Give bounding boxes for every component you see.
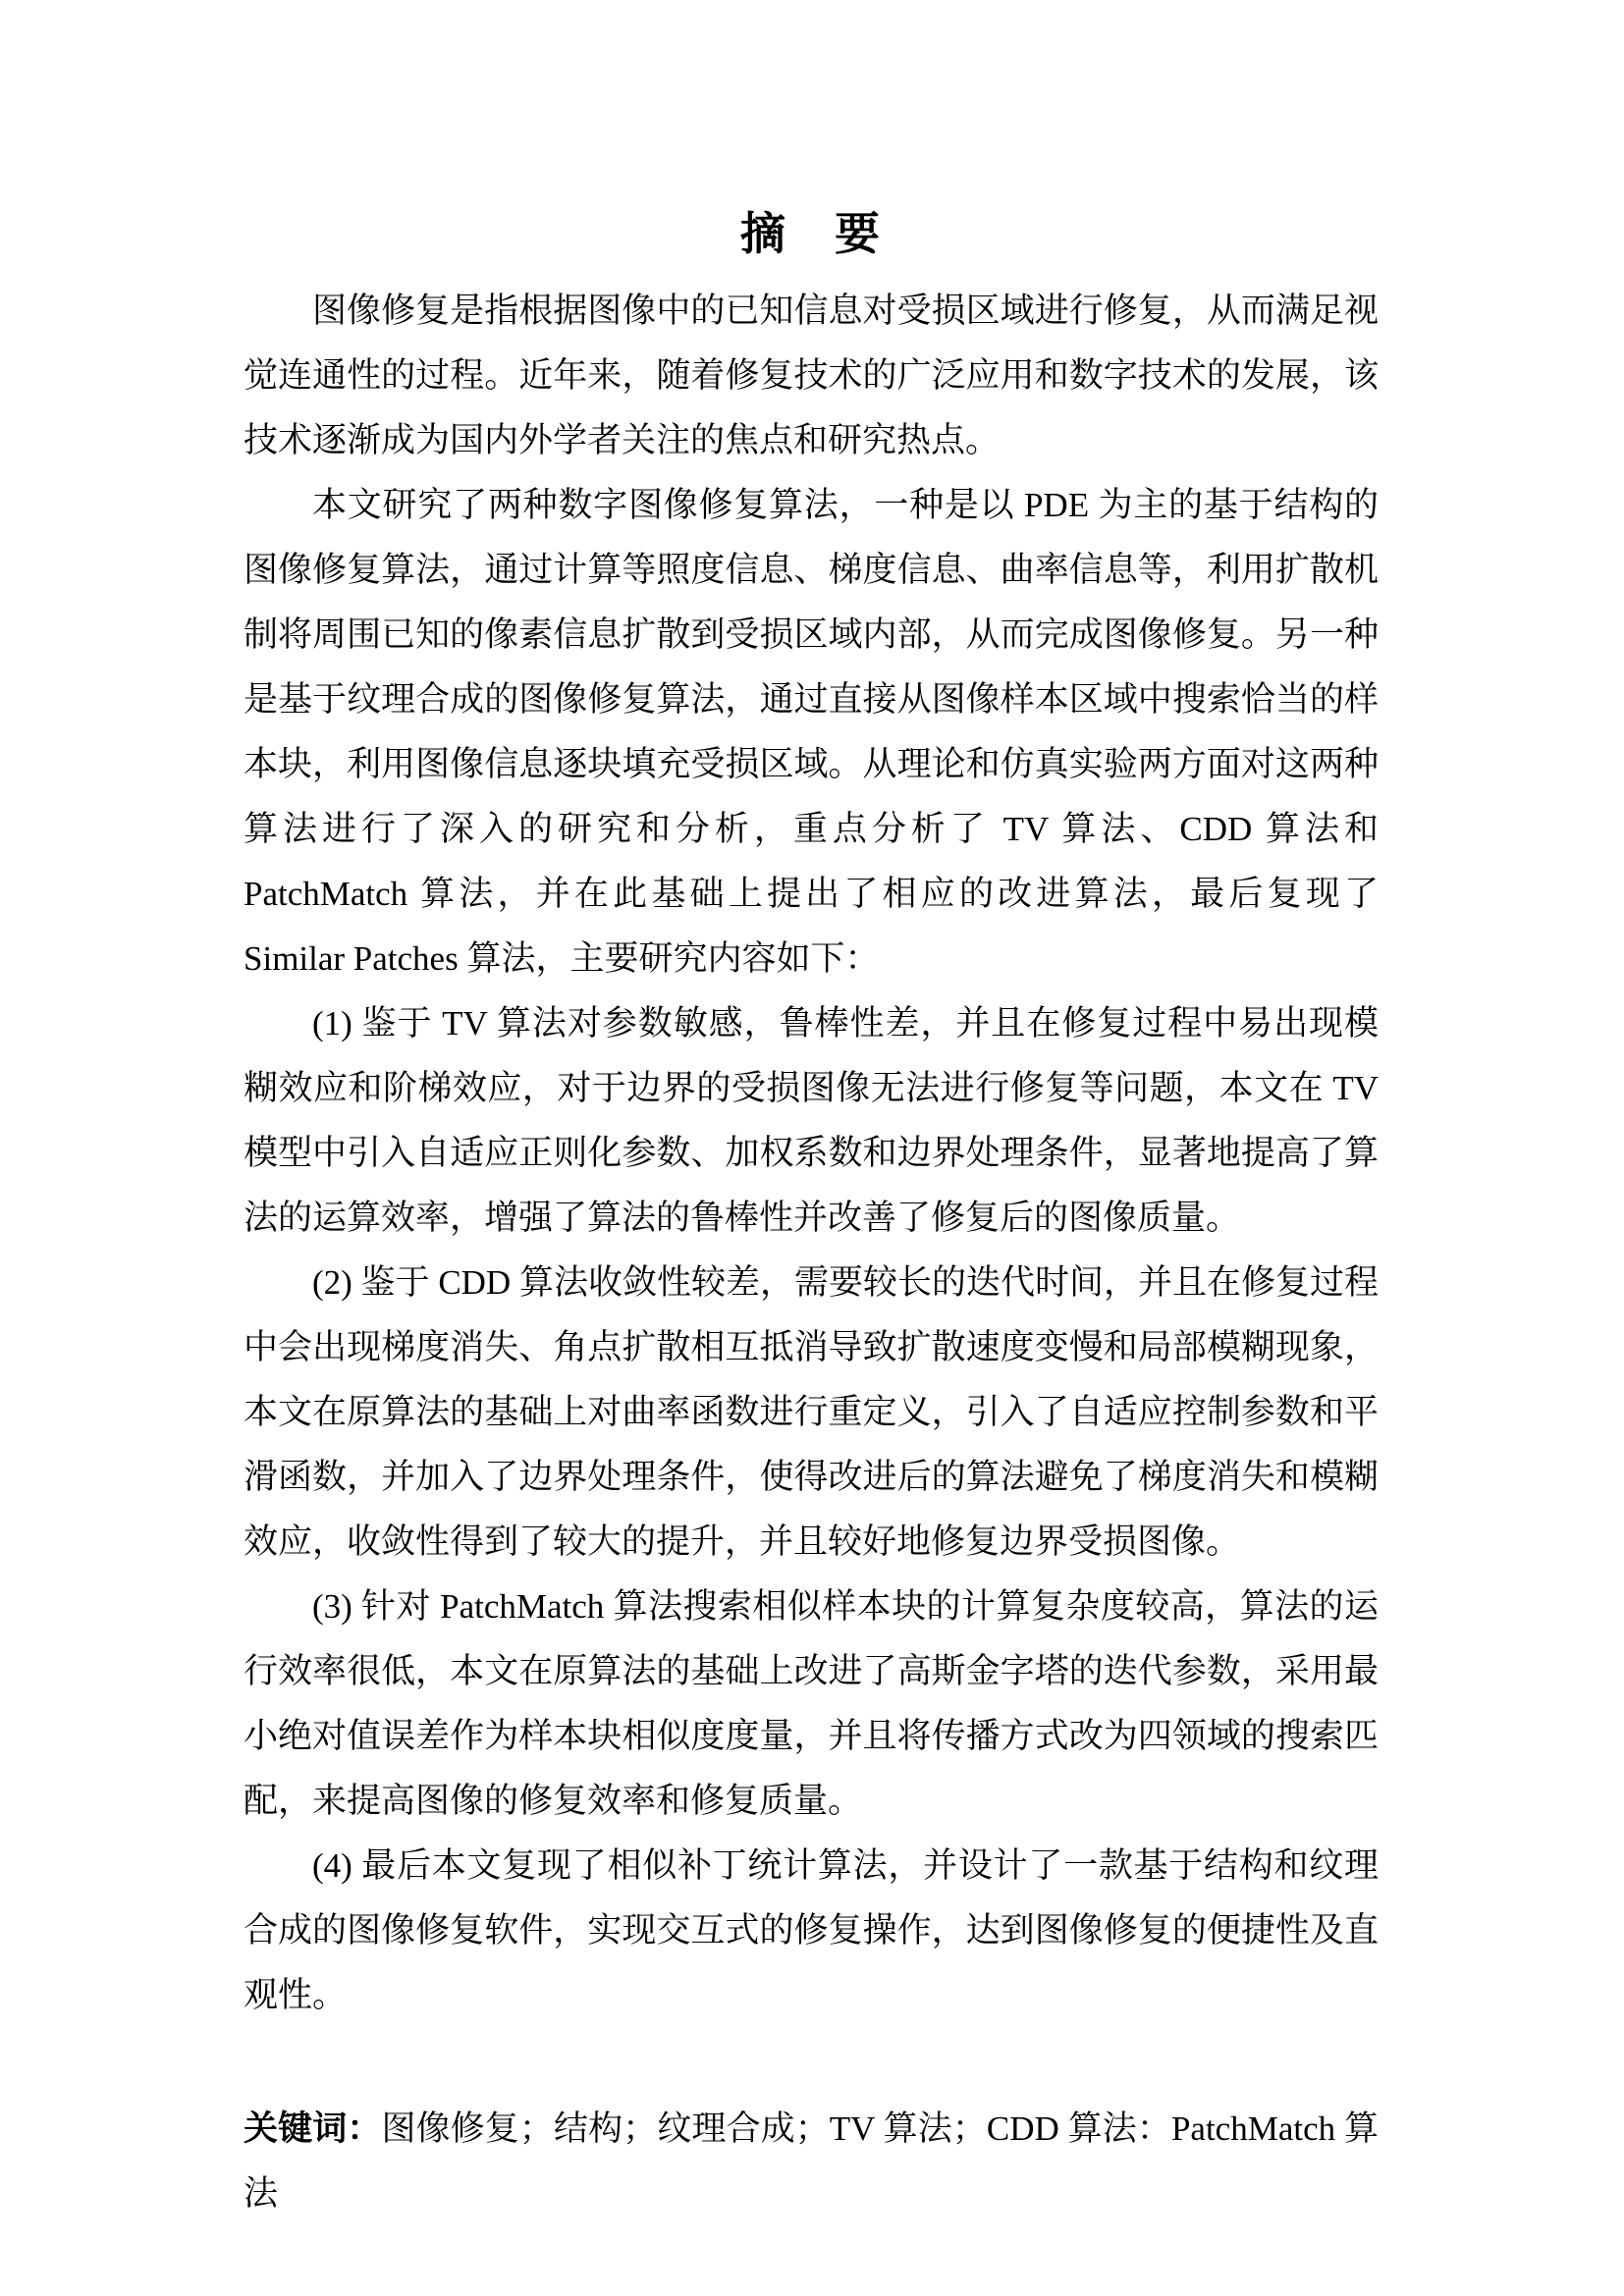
keywords-text: 图像修复；结构；纹理合成；TV 算法；CDD 算法：PatchMatch 算法 [244,2109,1379,2213]
keywords-line: 关键词：图像修复；结构；纹理合成；TV 算法；CDD 算法：PatchMatch… [244,2097,1379,2226]
abstract-paragraph-3: (1) 鉴于 TV 算法对参数敏感，鲁棒性差，并且在修复过程中易出现模糊效应和阶… [244,991,1379,1251]
abstract-paragraph-5: (3) 针对 PatchMatch 算法搜索相似样本块的计算复杂度较高，算法的运… [244,1575,1379,1834]
abstract-paragraph-1: 图像修复是指根据图像中的已知信息对受损区域进行修复，从而满足视觉连通性的过程。近… [244,279,1379,473]
abstract-paragraph-6: (4) 最后本文复现了相似补丁统计算法，并设计了一款基于结构和纹理合成的图像修复… [244,1834,1379,2028]
abstract-paragraph-2: 本文研究了两种数字图像修复算法，一种是以 PDE 为主的基于结构的图像修复算法，… [244,473,1379,991]
page-title: 摘 要 [244,206,1379,263]
keywords-label: 关键词： [244,2109,381,2148]
abstract-paragraph-4: (2) 鉴于 CDD 算法收敛性较差，需要较长的迭代时间，并且在修复过程中会出现… [244,1251,1379,1575]
document-page: 摘 要 图像修复是指根据图像中的已知信息对受损区域进行修复，从而满足视觉连通性的… [0,0,1624,2296]
abstract-content: 摘 要 图像修复是指根据图像中的已知信息对受损区域进行修复，从而满足视觉连通性的… [244,196,1379,2261]
